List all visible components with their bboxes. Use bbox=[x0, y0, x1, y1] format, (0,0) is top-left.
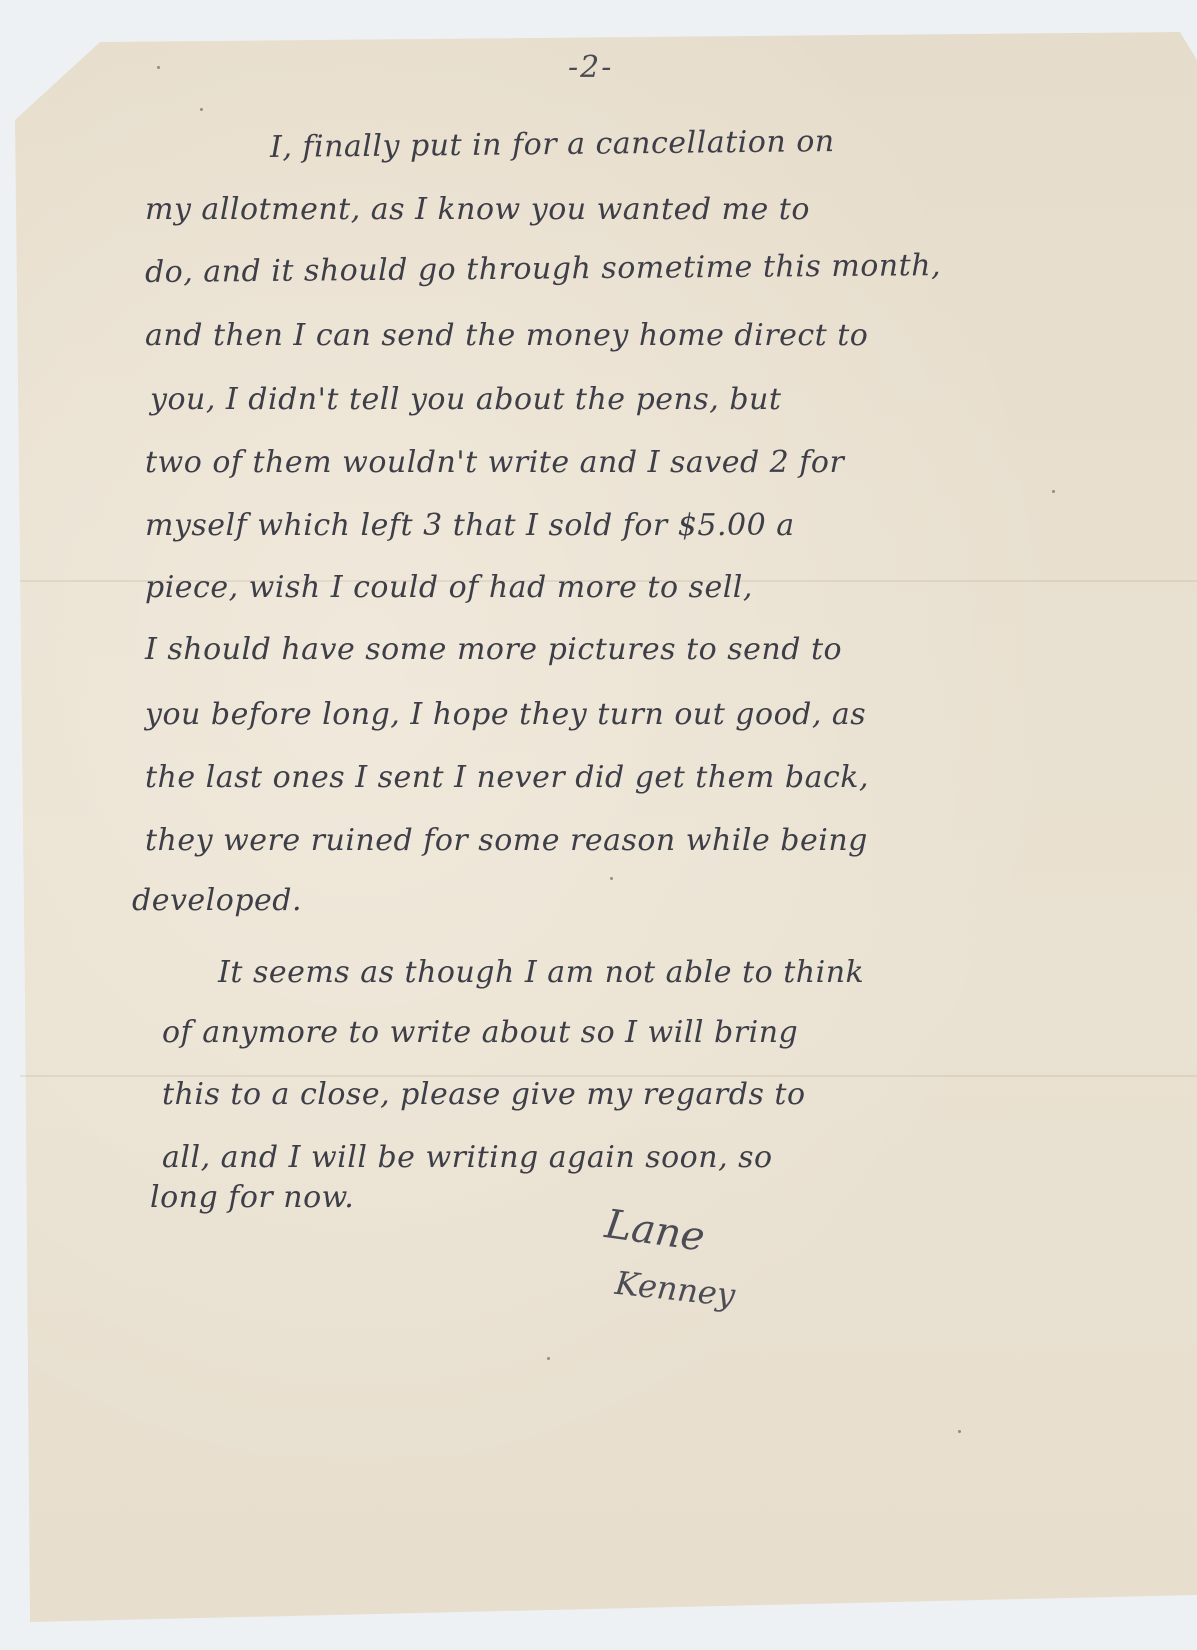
letter-line: I should have some more pictures to send… bbox=[145, 632, 842, 667]
letter-line: they were ruined for some reason while b… bbox=[145, 823, 868, 858]
letter-line: of anymore to write about so I will brin… bbox=[162, 1015, 798, 1050]
letter-line: myself which left 3 that I sold for $5.0… bbox=[145, 508, 795, 543]
letter-line: you, I didn't tell you about the pens, b… bbox=[150, 382, 781, 417]
letter-line: all, and I will be writing again soon, s… bbox=[162, 1140, 773, 1175]
paper-speck bbox=[958, 1430, 961, 1433]
letter-line: long for now. bbox=[150, 1180, 354, 1215]
letter-line: I, finally put in for a cancellation on bbox=[270, 124, 835, 165]
letter-line: and then I can send the money home direc… bbox=[145, 318, 868, 353]
letter-line: developed. bbox=[132, 883, 302, 918]
letter-line: piece, wish I could of had more to sell, bbox=[145, 570, 753, 605]
letter-line: this to a close, please give my regards … bbox=[162, 1077, 806, 1112]
paper-speck bbox=[610, 877, 613, 880]
letter-line: do, and it should go through sometime th… bbox=[145, 248, 941, 290]
paper-speck bbox=[547, 1357, 550, 1360]
letter-line: It seems as though I am not able to thin… bbox=[218, 955, 864, 990]
letter-line: the last ones I sent I never did get the… bbox=[145, 760, 869, 795]
paper-speck bbox=[157, 66, 160, 69]
page-number: -2- bbox=[568, 50, 613, 85]
paper-speck bbox=[1052, 490, 1055, 493]
letter-line: two of them wouldn't write and I saved 2… bbox=[145, 445, 844, 480]
paper-speck bbox=[200, 108, 203, 111]
letter-line: my allotment, as I know you wanted me to bbox=[145, 192, 810, 227]
letter-line: you before long, I hope they turn out go… bbox=[145, 697, 866, 732]
